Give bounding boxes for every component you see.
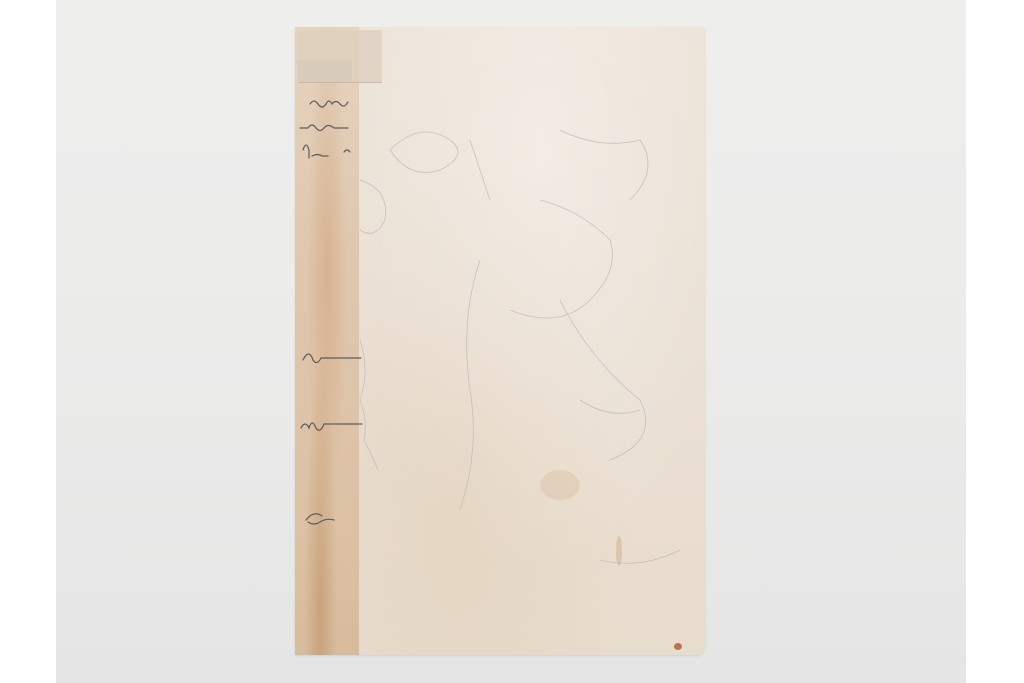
faint-figure-sketch (360, 130, 680, 563)
pencil-marks (0, 0, 1024, 683)
handwritten-pencil-notes (300, 101, 362, 524)
